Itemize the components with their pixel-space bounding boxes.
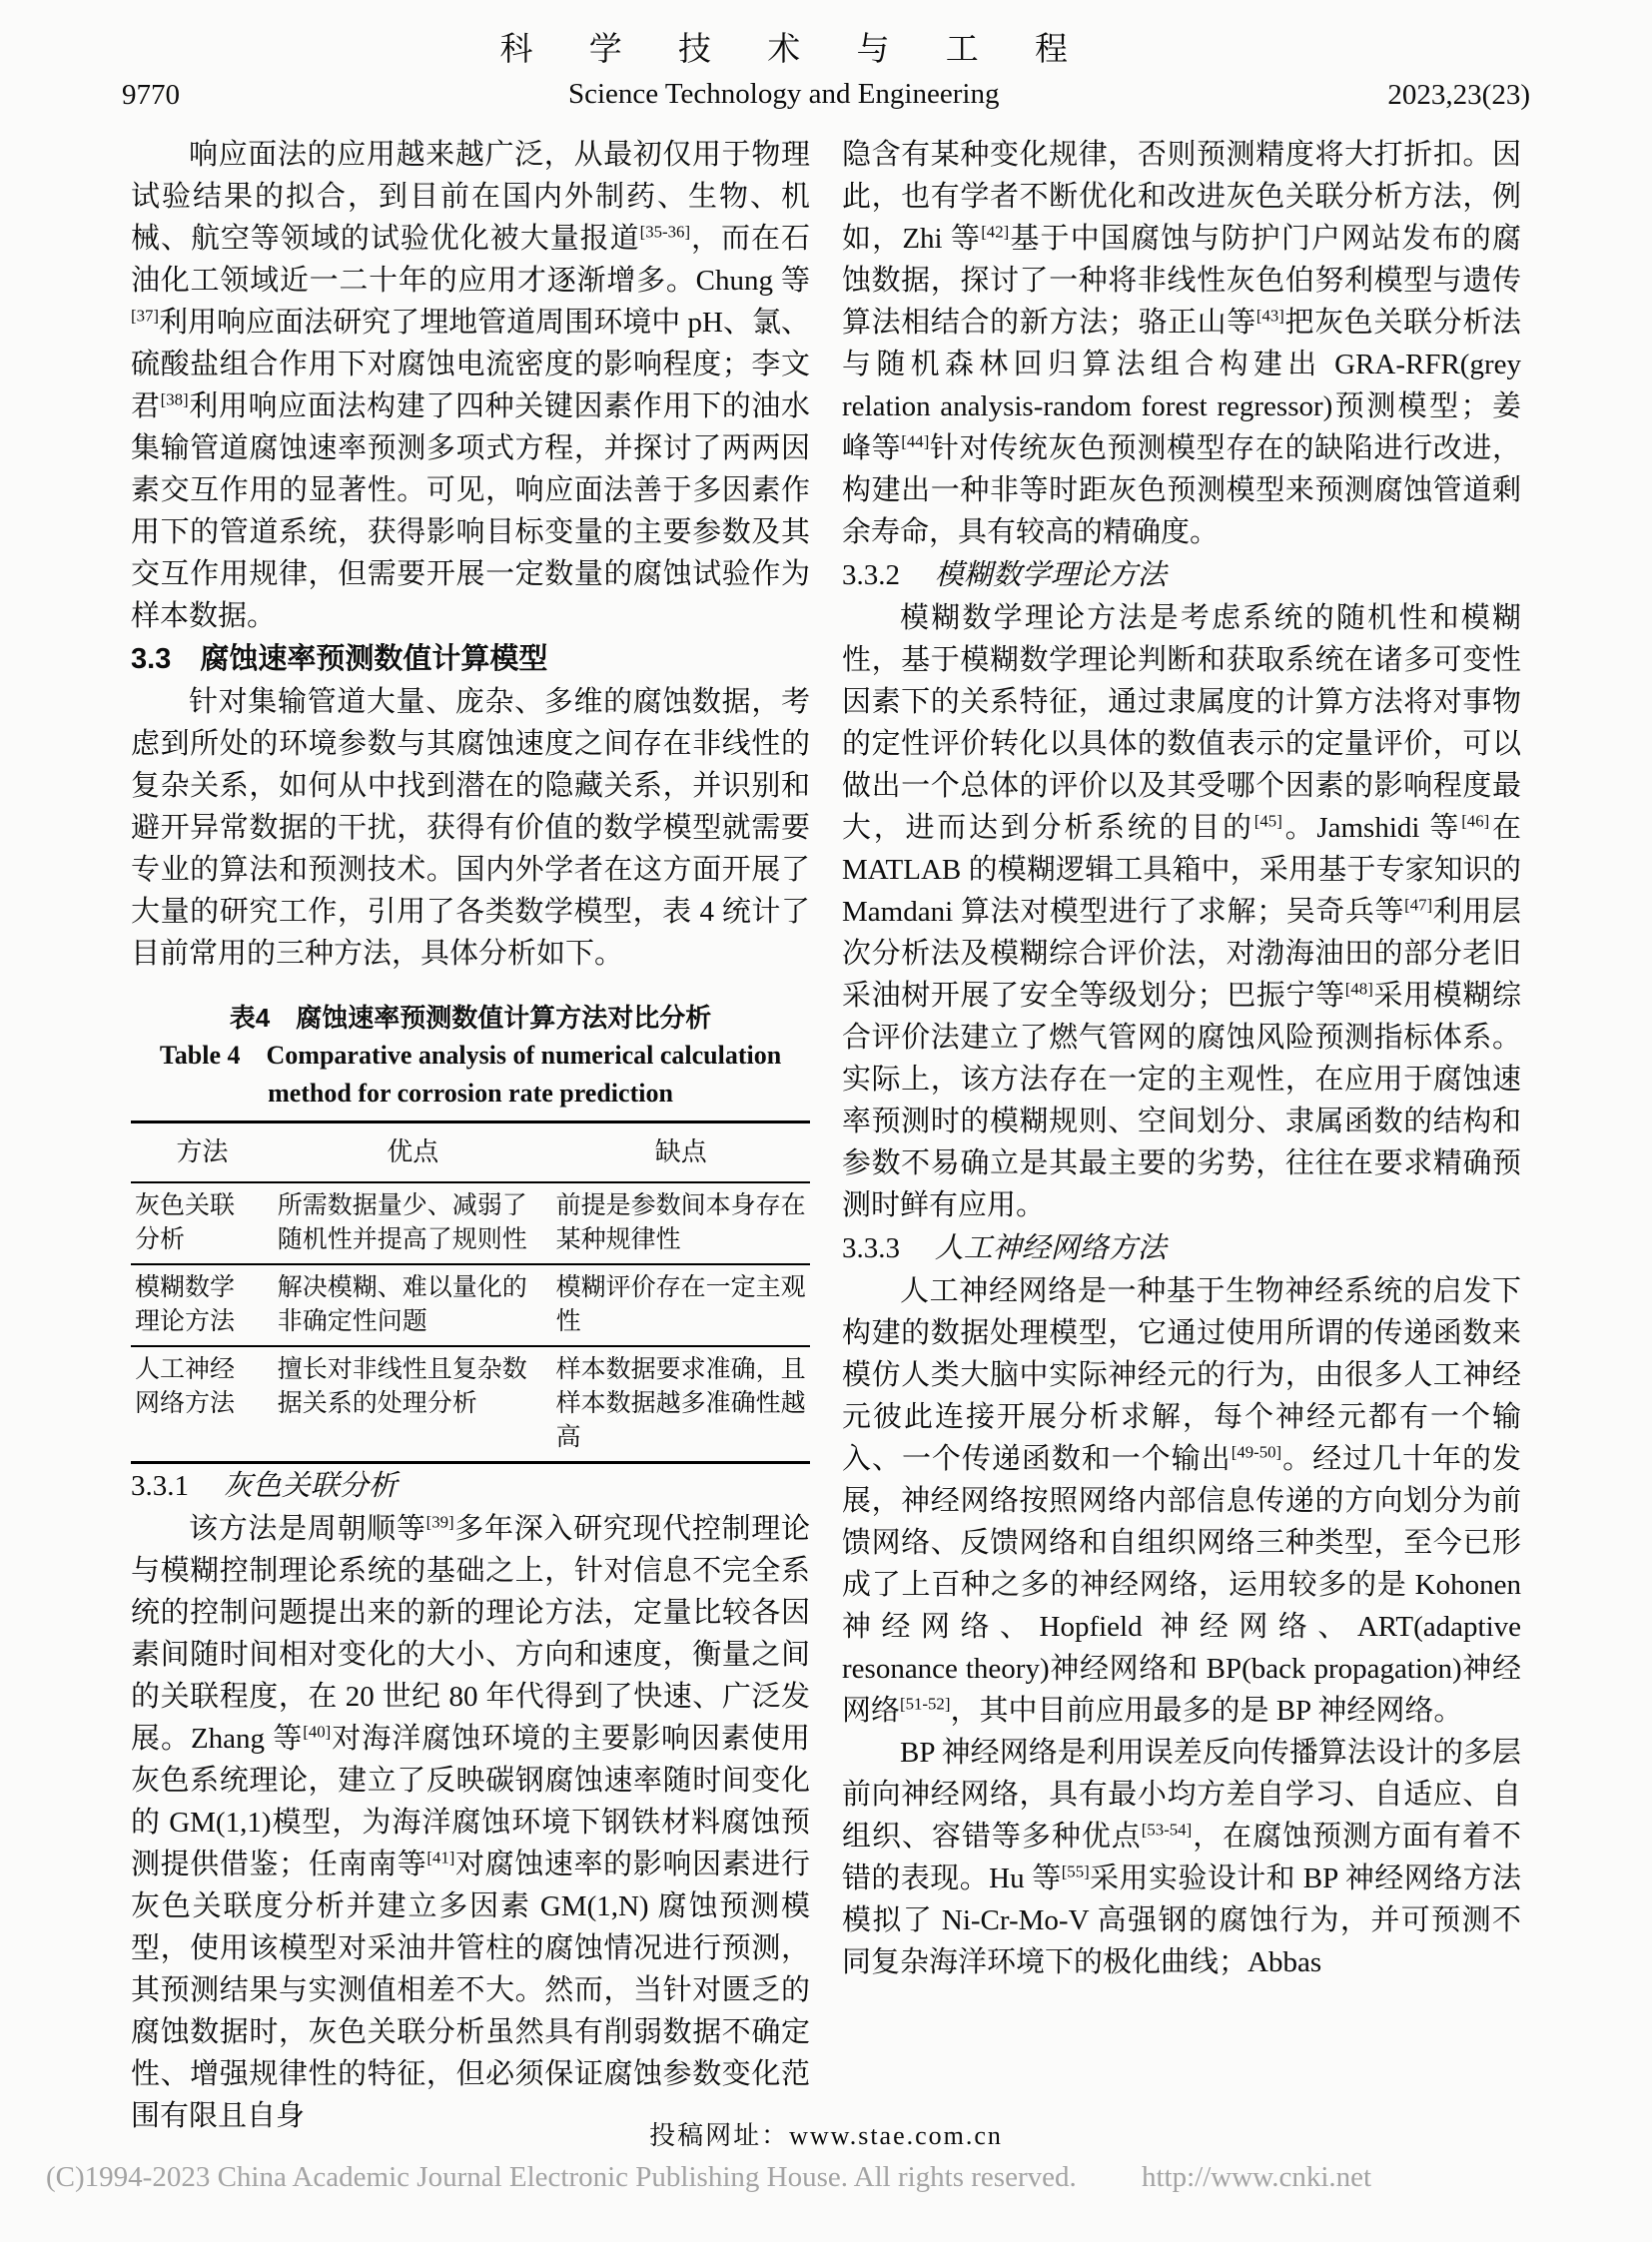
heading-title: 人工神经网络方法: [935, 1232, 1167, 1264]
column-header-pros: 优点: [274, 1122, 552, 1183]
section-heading-3-3: 3.3 腐蚀速率预测数值计算模型: [131, 637, 810, 681]
table-row-fuzzy-math: 模糊数学 理论方法 解决模糊、难以量化的非确定性问题 模糊评价存在一定主观性: [131, 1264, 810, 1346]
cell-method: 人工神经 网络方法: [131, 1346, 274, 1463]
heading-title: 灰色关联分析: [224, 1470, 398, 1502]
cell-cons: 前提是参数间本身存在某种规律性: [552, 1182, 810, 1264]
cell-pros: 擅长对非线性且复杂数据关系的处理分析: [274, 1346, 552, 1463]
paragraph-bp-network: BP 神经网络是利用误差反向传播算法设计的多层前向神经网络，具有最小均方差自学习…: [842, 1732, 1521, 1983]
paragraph-model-intro: 针对集输管道大量、庞杂、多维的腐蚀数据，考虑到所处的环境参数与其腐蚀速度之间存在…: [131, 681, 810, 975]
cell-method-line1: 灰色关联: [135, 1189, 270, 1223]
table-4-caption-en-line1: Table 4 Comparative analysis of numerica…: [131, 1037, 810, 1075]
column-header-method: 方法: [131, 1122, 274, 1183]
section-heading-3-3-1: 3.3.1灰色关联分析: [131, 1464, 810, 1508]
cell-method: 模糊数学 理论方法: [131, 1264, 274, 1346]
cell-cons: 模糊评价存在一定主观性: [552, 1264, 810, 1346]
heading-title: 模糊数学理论方法: [935, 559, 1167, 591]
table-header-row: 方法 优点 缺点: [131, 1122, 810, 1183]
copyright-text: (C)1994-2023 China Academic Journal Elec…: [46, 2161, 1077, 2193]
copyright-line: (C)1994-2023 China Academic Journal Elec…: [46, 2161, 1612, 2194]
cell-method-line1: 模糊数学: [135, 1271, 270, 1305]
cnki-url: http://www.cnki.net: [1142, 2161, 1371, 2193]
table-4: 方法 优点 缺点 灰色关联 分析 所需数据量少、减弱了随机性并提高了规则性: [131, 1121, 810, 1464]
table-row-neural-network: 人工神经 网络方法 擅长对非线性且复杂数据关系的处理分析 样本数据要求准确，且样…: [131, 1346, 810, 1463]
heading-number: 3.3.3: [842, 1232, 900, 1264]
cell-method-line2: 网络方法: [135, 1387, 270, 1421]
right-column: 隐含有某种变化规律，否则预测精度将大打折扣。因此，也有学者不断优化和改进灰色关联…: [842, 134, 1521, 2137]
table-4-caption-cn: 表4 腐蚀速率预测数值计算方法对比分析: [131, 999, 810, 1037]
cell-method-line1: 人工神经: [135, 1353, 270, 1387]
left-column: 响应面法的应用越来越广泛，从最初仅用于物理试验结果的拟合，到目前在国内外制药、生…: [131, 134, 810, 2137]
heading-number: 3.3.1: [131, 1470, 189, 1502]
journal-title-cn: 科 学 技 术 与 工 程: [180, 30, 1387, 70]
cell-cons: 样本数据要求准确，且样本数据越多准确性越高: [552, 1346, 810, 1463]
table-row-grey-relation: 灰色关联 分析 所需数据量少、减弱了随机性并提高了规则性 前提是参数间本身存在某…: [131, 1182, 810, 1264]
table-4-block: 表4 腐蚀速率预测数值计算方法对比分析 Table 4 Comparative …: [131, 999, 810, 1464]
cell-method-line2: 理论方法: [135, 1305, 270, 1339]
cell-method-line2: 分析: [135, 1223, 270, 1257]
paragraph-grey-relation-cont: 隐含有某种变化规律，否则预测精度将大打折扣。因此，也有学者不断优化和改进灰色关联…: [842, 134, 1521, 553]
page-header: 9770 科 学 技 术 与 工 程 Science Technology an…: [0, 0, 1652, 112]
paragraph-fuzzy-math: 模糊数学理论方法是考虑系统的随机性和模糊性，基于模糊数学理论判断和获取系统在诸多…: [842, 597, 1521, 1226]
two-column-body: 响应面法的应用越来越广泛，从最初仅用于物理试验结果的拟合，到目前在国内外制药、生…: [0, 112, 1652, 2137]
issue-info: 2023,23(23): [1387, 78, 1530, 112]
paragraph-ann: 人工神经网络是一种基于生物神经系统的启发下构建的数据处理模型，它通过使用所谓的传…: [842, 1270, 1521, 1732]
section-heading-3-3-3: 3.3.3人工神经网络方法: [842, 1226, 1521, 1270]
page: 9770 科 学 技 术 与 工 程 Science Technology an…: [0, 0, 1652, 2242]
cell-method: 灰色关联 分析: [131, 1182, 274, 1264]
table-4-caption-en-line2: method for corrosion rate prediction: [131, 1075, 810, 1113]
cell-pros: 所需数据量少、减弱了随机性并提高了规则性: [274, 1182, 552, 1264]
section-heading-3-3-2: 3.3.2模糊数学理论方法: [842, 553, 1521, 597]
paragraph-response-surface: 响应面法的应用越来越广泛，从最初仅用于物理试验结果的拟合，到目前在国内外制药、生…: [131, 134, 810, 637]
cell-pros: 解决模糊、难以量化的非确定性问题: [274, 1264, 552, 1346]
journal-masthead: 科 学 技 术 与 工 程 Science Technology and Eng…: [180, 30, 1387, 112]
heading-number: 3.3.2: [842, 559, 900, 591]
paragraph-grey-relation: 该方法是周朝顺等[39]多年深入研究现代控制理论与模糊控制理论系统的基础之上，针…: [131, 1508, 810, 2137]
column-header-cons: 缺点: [552, 1122, 810, 1183]
page-number: 9770: [122, 78, 180, 112]
journal-title-en: Science Technology and Engineering: [180, 76, 1387, 112]
submission-url: 投稿网址：www.stae.com.cn: [0, 2115, 1652, 2152]
